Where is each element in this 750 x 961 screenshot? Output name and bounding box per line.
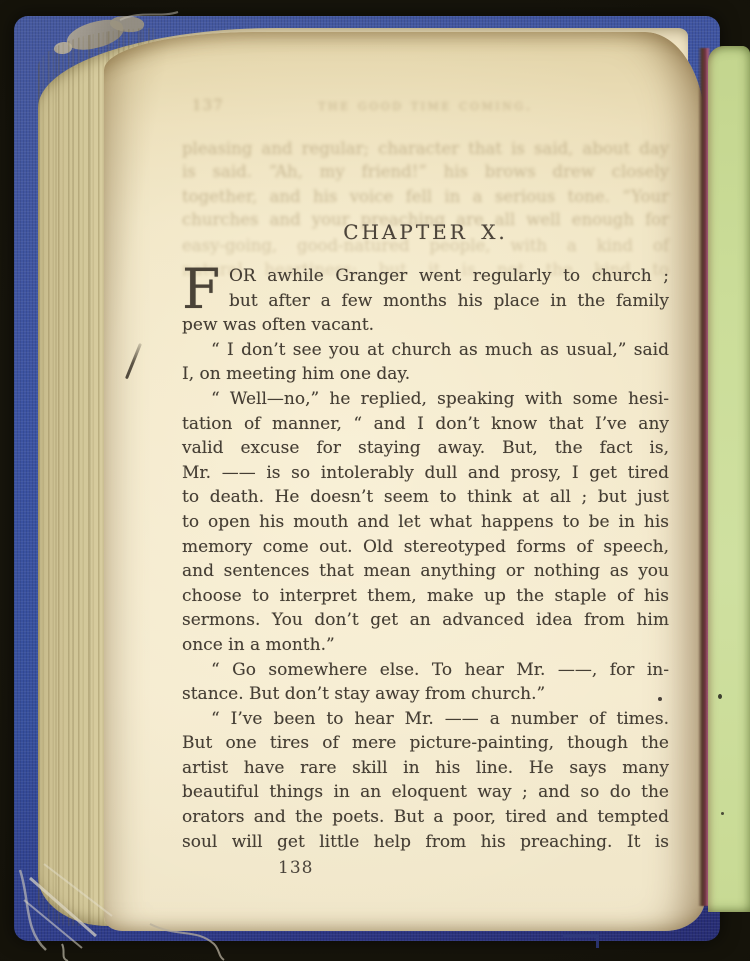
text-line: “ Well—no,” he replied, speaking with so… [182, 387, 669, 412]
paragraph: “ Go somewhere else. To hear Mr. ——, for… [182, 658, 669, 707]
text-line: tation of manner, “ and I don’t know tha… [182, 412, 669, 437]
text-line: to death. He doesn’t seem to think at al… [182, 485, 669, 510]
text-line: I, on meeting him one day. [182, 362, 669, 387]
paragraph: “ I’ve been to hear Mr. —— a number of t… [182, 707, 669, 855]
text-line: artist have rare skill in his line. He s… [182, 756, 669, 781]
page-number: 138 [278, 858, 313, 878]
paragraph: “ I don’t see you at church as much as u… [182, 338, 669, 387]
ink-speck [718, 694, 722, 699]
text-line: Mr. —— is so intolerably dull and prosy,… [182, 461, 669, 486]
text-line: and sentences that mean anything or noth… [182, 559, 669, 584]
facing-page-green [708, 46, 750, 912]
text-line: “ I don’t see you at church as much as u… [182, 338, 669, 363]
text-line: soul will get little help from his preac… [182, 830, 669, 855]
text-line: valid excuse for staying away. But, the … [182, 436, 669, 461]
text-line: but after a few months his place in the … [182, 289, 669, 314]
drop-cap: F [182, 267, 220, 311]
ink-speck [721, 812, 724, 815]
pen-mark [125, 343, 142, 379]
text-line: “ I’ve been to hear Mr. —— a number of t… [182, 707, 669, 732]
text-line: stance. But don’t stay away from church.… [182, 682, 669, 707]
text-line: pew was often vacant. [182, 313, 669, 338]
text-line: once in a month.” [182, 633, 669, 658]
photo-background: 137 the good time coming. pleasing and r… [0, 0, 750, 961]
chapter-heading: CHAPTER X. [182, 220, 669, 244]
book-page: 137 the good time coming. pleasing and r… [104, 32, 705, 931]
text-line: But one tires of mere picture-painting, … [182, 731, 669, 756]
text-block: CHAPTER X. FOR awhile Granger went regul… [182, 32, 669, 931]
ink-speck [658, 697, 662, 701]
scratch-mark [563, 934, 599, 937]
text-line: OR awhile Granger went regularly to chur… [182, 264, 669, 289]
text-line: beautiful things in an eloquent way ; an… [182, 780, 669, 805]
text-line: sermons. You don’t get an advanced idea … [182, 608, 669, 633]
paragraph: FOR awhile Granger went regularly to chu… [182, 264, 669, 338]
scratch-mark [596, 934, 599, 948]
paragraph: “ Well—no,” he replied, speaking with so… [182, 387, 669, 658]
body-text: FOR awhile Granger went regularly to chu… [182, 264, 669, 854]
text-line: to open his mouth and let what happens t… [182, 510, 669, 535]
text-line: “ Go somewhere else. To hear Mr. ——, for… [182, 658, 669, 683]
text-line: choose to interpret them, make up the st… [182, 584, 669, 609]
text-line: memory come out. Old stereotyped forms o… [182, 535, 669, 560]
text-line: orators and the poets. But a poor, tired… [182, 805, 669, 830]
